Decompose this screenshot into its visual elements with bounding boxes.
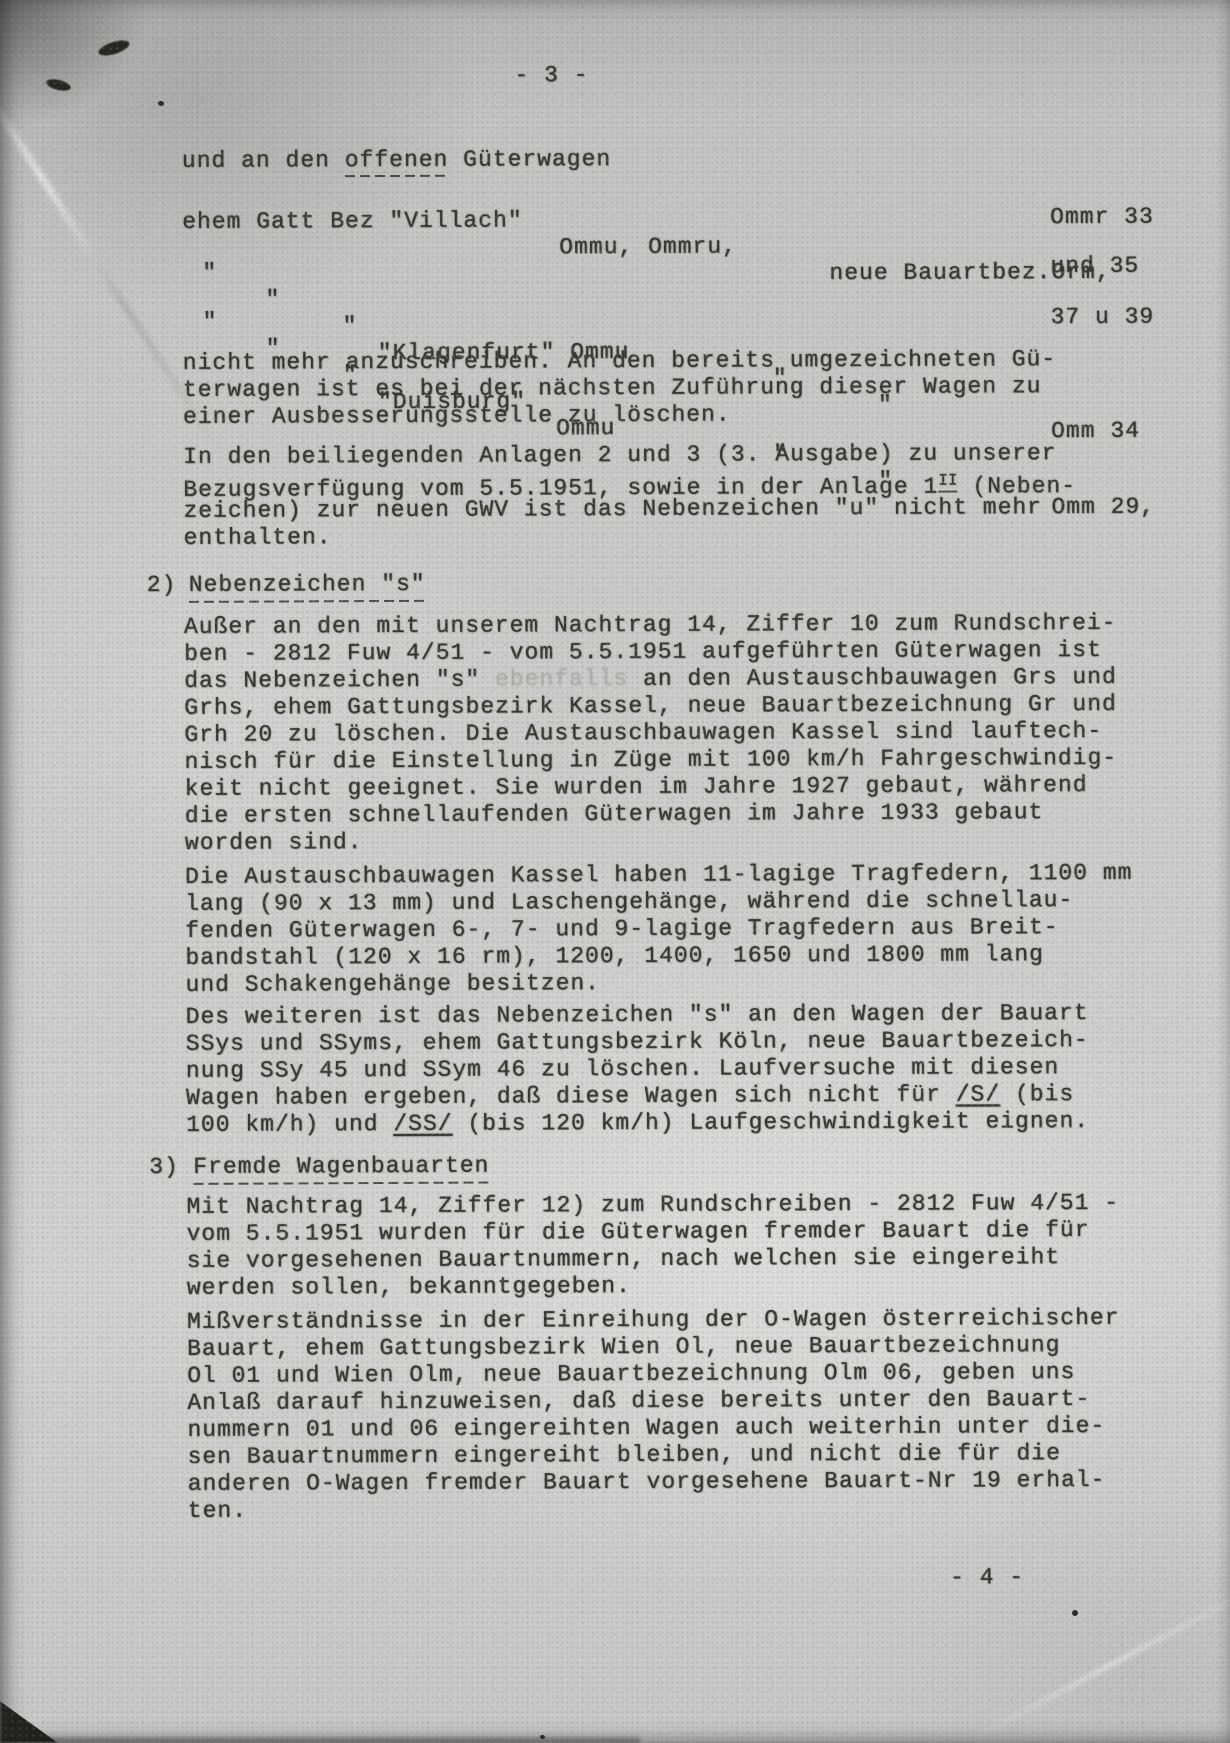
table-cell-37-u-39: 37 u 39 [1051,304,1155,331]
section2-para3-line5-post: (bis 120 km/h) Laufgeschwindigkeit eigne… [452,1108,1089,1137]
document-content: - 3 - und an den offenen Güterwagen ehem… [0,0,1230,1743]
section2-para2-line: Die Austauschbauwagen Kassel haben 11-la… [185,860,1132,891]
section3-para1-line: vom 5.5.1951 wurden für die Güterwagen f… [187,1217,1090,1248]
intro-line-underlined-word: offenen [345,147,449,177]
scanned-document-page: - 3 - und an den offenen Güterwagen ehem… [0,0,1230,1743]
paragraph2-line: enthalten. [183,524,331,552]
speed-symbol-ss: /SS/ [393,1111,452,1137]
section2-para3-line5-pre: 100 km/h) und [186,1111,393,1138]
superscript-II: II [938,472,957,493]
page-number-top: - 3 - [514,62,588,89]
section2-para2-line: lang (90 x 13 mm) und Laschengehänge, wä… [185,887,1073,918]
section2-number: 2) [147,572,177,599]
section2-para1-line: das Nebenzeichen "s" ebenfalls an den Au… [184,664,1117,695]
intro-line-pre: und an den [182,147,345,174]
section2-para3-line: 100 km/h) und /SS/ (bis 120 km/h) Laufge… [186,1108,1089,1139]
section2-para2-line: bandstahl (120 x 16 rm), 1200, 1400, 165… [185,941,1044,972]
section3-para2-line: Ol 01 und Wien Olm, neue Bauartbezeichnu… [187,1359,1075,1390]
paragraph1-line: einer Ausbesserungsstelle zu löschen. [183,401,731,430]
section2-para1-line: Grh 20 zu löschen. Die Austauschbauwagen… [184,718,1102,749]
section3-para2-line: Bauart, ehem Gattungsbezirk Wien Ol, neu… [187,1332,1060,1363]
section2-para1-line: die ersten schnellaufenden Güterwagen im… [185,799,1044,830]
paragraph1-line: terwagen ist es bei der nächsten Zuführu… [183,373,1042,404]
ditto-mark: " [203,309,218,336]
table-cell-und-35: und 35 [1050,253,1139,280]
section3-para2-line: Mißverständnisse in der Einreihung der O… [187,1305,1120,1336]
table-cell-ommr-33: Ommr 33 [1050,204,1154,231]
section2-heading: Nebenzeichen "s" [189,571,426,603]
section3-para2-line: sen Bauartnummern eingereiht bleiben, un… [187,1440,1060,1471]
section3-para2-line: Anlaß darauf hinzuweisen, daß diese bere… [187,1386,1090,1417]
section3-heading: Fremde Wagenbauarten [193,1153,489,1185]
section2-para1-line: keit nicht geeignet. Sie wurden im Jahre… [185,772,1088,803]
section3-para2-line: ten. [188,1498,247,1525]
section2-para2-line: und Schakengehänge besitzen. [185,970,600,999]
section2-para1-line3-pre: das Nebenzeichen "s" [184,667,495,694]
paragraph1-line: nicht mehr anzuschreiben. An den bereits… [183,346,1056,377]
section2-para3-line: Des weiteren ist das Nebenzeichen "s" an… [186,1000,1089,1031]
section2-para1-line: nisch für die Einstellung in Züge mit 10… [184,745,1117,776]
section2-para1-line3-post: an den Austauschbauwagen Grs und [628,664,1117,692]
section3-para2-line: nummern 01 und 06 eingereihten Wagen auc… [187,1413,1105,1444]
section3-para1-line: sie vorgesehenen Bauartnummern, nach wel… [187,1244,1060,1275]
paragraph2-line: zeichen) zur neuen GWV ist das Nebenzeic… [183,494,1042,525]
section2-para1-line: Grhs, ehem Gattungsbezirk Kassel, neue B… [184,691,1117,722]
section2-para3-line: Wagen haben ergeben, daß diese Wagen sic… [186,1081,1074,1112]
erased-text: ebenfalls [495,666,628,693]
intro-line: und an den offenen Güterwagen [182,146,611,175]
section2-para3-line: nung SSy 45 und SSym 46 zu löschen. Lauf… [186,1054,1059,1085]
page-number-bottom: - 4 - [950,1564,1024,1591]
section2-para2-line: fenden Güterwagen 6-, 7- und 9-lagige Tr… [185,914,1058,945]
section3-para1-line: Mit Nachtrag 14, Ziffer 12) zum Rundschr… [186,1190,1119,1221]
section3-para2-line: anderen O-Wagen fremder Bauart vorgesehe… [188,1467,1106,1498]
section2-para3-line4-post: (bis [1000,1081,1074,1107]
section3-para1-line: werden sollen, bekanntgegeben. [187,1273,631,1302]
paragraph2-line: In den beiliegenden Anlagen 2 und 3 (3. … [183,440,1056,471]
intro-line-post: Güterwagen [448,146,611,173]
section2-para3-line4-pre: Wagen haben ergeben, daß diese Wagen sic… [186,1082,956,1111]
section2-para1-line: ben - 2812 Fuw 4/51 - vom 5.5.1951 aufge… [184,637,1102,668]
section2-para3-line: SSys und SSyms, ehem Gattungsbezirk Köln… [186,1027,1089,1058]
speed-symbol-s: /S/ [956,1081,1001,1107]
section3-number: 3) [149,1154,179,1181]
section2-para1-line: Außer an den mit unserem Nachtrag 14, Zi… [184,610,1117,641]
section2-para1-line: worden sind. [185,829,363,857]
